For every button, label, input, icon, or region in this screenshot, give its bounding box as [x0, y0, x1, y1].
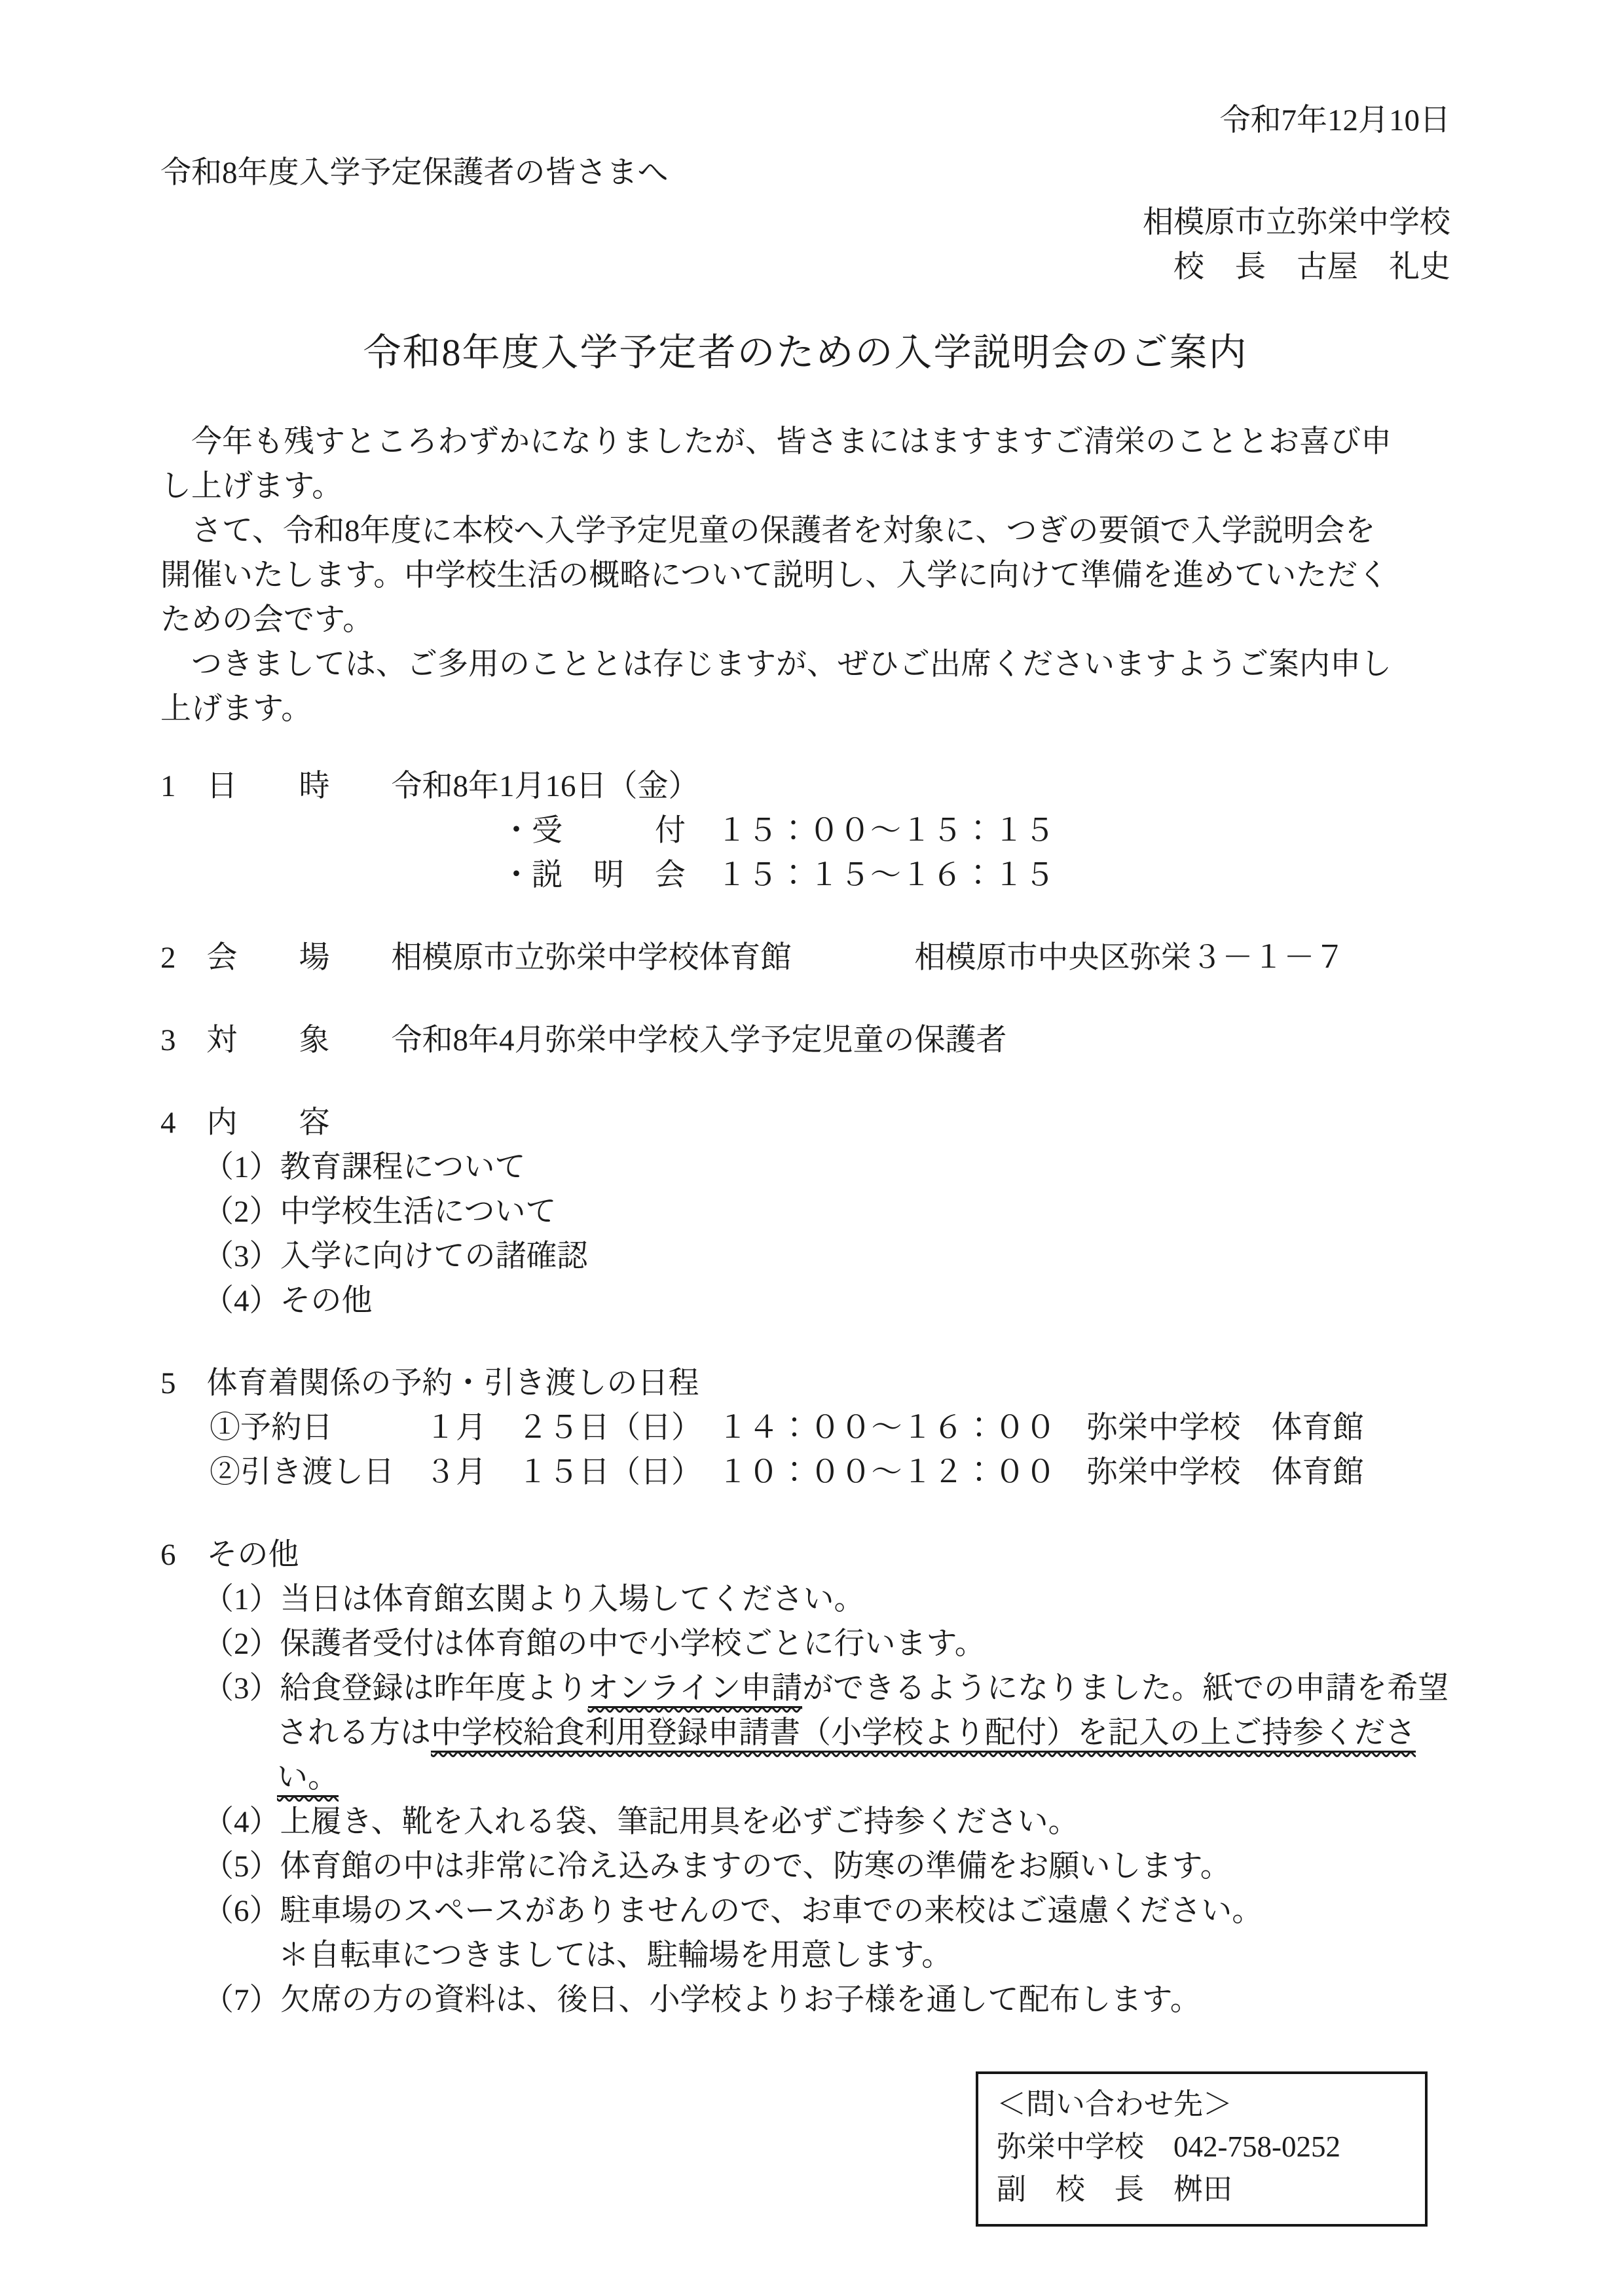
contents-item-curriculum: （1）教育課程について [203, 1145, 1450, 1190]
scanned-letter-page: 令和7年12月10日 令和8年度入学予定保護者の皆さまへ 相模原市立弥栄中学校 … [0, 0, 1624, 2296]
sender-block: 相模原市立弥栄中学校 校 長 古屋 礼史 [160, 200, 1450, 289]
section-contents: 4 内 容 （1）教育課程について （2）中学校生活について （3）入学に向けて… [160, 1101, 1450, 1323]
section-other-heading: 6 その他 [160, 1533, 1450, 1577]
contents-item-confirmations: （3）入学に向けての諸確認 [203, 1234, 1450, 1279]
invitation-paragraph: つきましては、ご多用のこととは存じますが、ぜひご出席くださいますようご案内申し上… [160, 642, 1398, 731]
contact-box-heading: ＜問い合わせ先＞ [997, 2083, 1407, 2126]
sender-principal-name: 校 長 古屋 礼史 [160, 245, 1450, 289]
note3-text: 給食登録は昨年度より [280, 1671, 588, 1705]
document-title: 令和8年度入学予定者のための入学説明会のご案内 [160, 325, 1450, 380]
contents-item-other: （4）その他 [203, 1279, 1450, 1323]
section-target-heading: 3 対 象 令和8年4月弥栄中学校入学予定児童の保護者 [160, 1018, 1450, 1063]
section-venue: 2 会 場 相模原市立弥栄中学校体育館 相模原市中央区弥栄３－１－７ [160, 936, 1450, 980]
greeting-paragraph: 今年も残すところわずかになりましたが、皆さまにはますますご清栄のこととお喜び申し… [160, 420, 1398, 509]
section-target: 3 対 象 令和8年4月弥栄中学校入学予定児童の保護者 [160, 1018, 1450, 1063]
note-lunch-registration: （3）給食登録は昨年度よりオンライン申請ができるようになりました。紙での申請を希… [203, 1666, 1475, 1800]
section-contents-heading: 4 内 容 [160, 1101, 1450, 1145]
section-datetime-heading: 1 日 時 令和8年1月16日（金） [160, 764, 1450, 809]
section-venue-heading: 2 会 場 相模原市立弥栄中学校体育館 相模原市中央区弥栄３－１－７ [160, 936, 1450, 980]
note-entrance: （1）当日は体育館玄関より入場してください。 [203, 1577, 1450, 1622]
section-datetime: 1 日 時 令和8年1月16日（金） ・受 付 １５：００～１５：１５ ・説 明… [160, 764, 1450, 898]
note-absentee-materials: （7）欠席の方の資料は、後日、小学校よりお子様を通して配布します。 [203, 1978, 1450, 2022]
sportswear-reserve-line: ①予約日 １月 ２５日（日） １４：００～１６：００ 弥栄中学校 体育館 [210, 1406, 1450, 1450]
document-date: 令和7年12月10日 [160, 98, 1450, 143]
purpose-paragraph: さて、令和8年度に本校へ入学予定児童の保護者を対象に、つぎの要領で入学説明会を開… [160, 509, 1398, 642]
section-sportswear-heading: 5 体育着関係の予約・引き渡しの日程 [160, 1361, 1450, 1406]
sportswear-handover-line: ②引き渡し日 ３月 １５日（日） １０：００～１２：００ 弥栄中学校 体育館 [210, 1450, 1450, 1495]
contents-item-school-life: （2）中学校生活について [203, 1190, 1450, 1234]
note-reception: （2）保護者受付は体育館の中で小学校ごとに行います。 [203, 1622, 1450, 1666]
section-sportswear-schedule: 5 体育着関係の予約・引き渡しの日程 ①予約日 １月 ２５日（日） １４：００～… [160, 1361, 1450, 1495]
reception-time-line: ・受 付 １５：００～１５：１５ [501, 809, 1450, 853]
sender-school-name: 相模原市立弥栄中学校 [160, 200, 1450, 245]
contact-vice-principal: 副 校 長 桝田 [997, 2168, 1407, 2211]
section-other-notes: 6 その他 （1）当日は体育館玄関より入場してください。 （2）保護者受付は体育… [160, 1533, 1450, 2022]
note3-paper-form-underlined: 中学校給食利用登録申請書（小学校より配付）を記入の上ご持参ください。 [277, 1716, 1416, 1797]
note-no-parking: （6）駐車場のスペースがありませんので、お車での来校はご遠慮ください。 [203, 1889, 1450, 1933]
contact-info-box: ＜問い合わせ先＞ 弥栄中学校 042-758-0252 副 校 長 桝田 [976, 2071, 1428, 2227]
briefing-time-line: ・説 明 会 １５：１５～１６：１５ [501, 853, 1450, 898]
note3-online-application-underlined: オンライン申請 [588, 1671, 803, 1708]
addressee-line: 令和8年度入学予定保護者の皆さまへ [160, 151, 1450, 195]
note3-number: （3） [203, 1671, 280, 1705]
note-cold-gym: （5）体育館の中は非常に冷え込みますので、防寒の準備をお願いします。 [203, 1844, 1450, 1889]
contact-school-phone: 弥栄中学校 042-758-0252 [997, 2126, 1407, 2168]
note-bring-items: （4）上履き、靴を入れる袋、筆記用具を必ずご持参ください。 [203, 1800, 1450, 1844]
note-bicycle-parking: ＊自転車につきましては、駐輪場を用意します。 [278, 1933, 1450, 1978]
